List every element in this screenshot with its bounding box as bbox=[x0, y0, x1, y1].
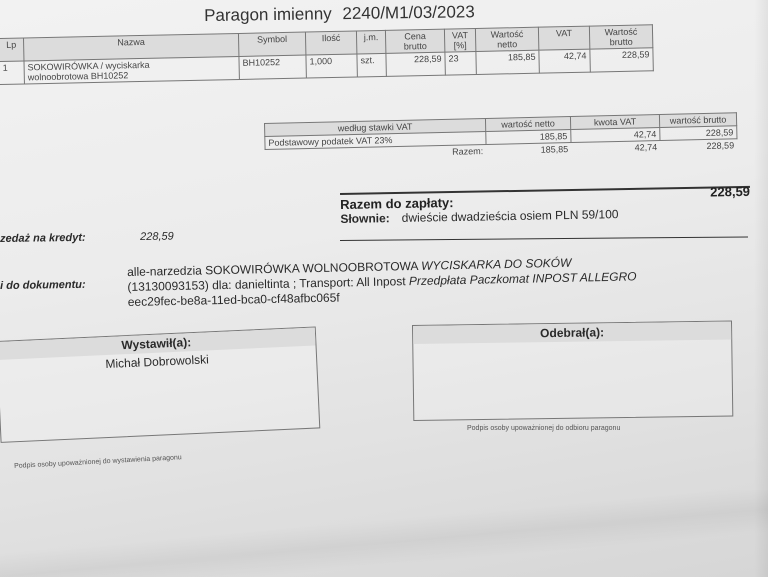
credit-sale: zedaż na kredyt: 228,59 bbox=[0, 232, 86, 245]
words-value: dwieście dwadzieścia osiem PLN 59/100 bbox=[402, 207, 619, 225]
cell-vat-rate: 23 bbox=[445, 51, 476, 75]
receipt-paper: Paragon imienny 2240/M1/03/2023 Lp Nazwa… bbox=[0, 0, 768, 577]
col-vat-rate-l1: VAT bbox=[448, 30, 472, 41]
col-net-value-l2: netto bbox=[479, 39, 535, 50]
cell-unit: szt. bbox=[357, 53, 386, 77]
col-gross-value: Wartość brutto bbox=[589, 25, 652, 49]
paper-edge-shadow bbox=[754, 0, 768, 577]
cell-vat: 42,74 bbox=[539, 49, 590, 73]
col-price-gross: Cena brutto bbox=[385, 29, 444, 53]
paper-fold-shadow bbox=[0, 490, 768, 577]
payment-section: Razem do zapłaty: 228,59 Słownie:dwieści… bbox=[340, 190, 750, 226]
receiver-box: Odebrał(a): bbox=[412, 321, 733, 421]
document-notes: alle-narzedzia SOKOWIRÓWKA WOLNOOBROTOWA… bbox=[127, 252, 758, 310]
receiver-caption: Podpis osoby upoważnionej do odbioru par… bbox=[467, 425, 620, 432]
cell-gross-value: 228,59 bbox=[590, 48, 653, 72]
document-number: 2240/M1/03/2023 bbox=[342, 2, 475, 23]
cell-symbol: BH10252 bbox=[239, 55, 306, 79]
cell-name: SOKOWIRÓWKA / wyciskarka wolnoobrotowa B… bbox=[24, 56, 239, 83]
credit-label: zedaż na kredyt: bbox=[0, 232, 86, 245]
document-title: Paragon imienny 2240/M1/03/2023 bbox=[204, 2, 475, 26]
col-vat-rate: VAT [%] bbox=[444, 28, 475, 52]
cell-price-gross: 228,59 bbox=[386, 52, 445, 76]
total-vat: 42,74 bbox=[571, 141, 660, 156]
col-gross-value-l2: brutto bbox=[593, 36, 649, 47]
issuer-box: Wystawił(a): Michał Dobrowolski bbox=[0, 326, 320, 442]
cell-net-value: 185,85 bbox=[476, 50, 539, 74]
vat-summary-table: według stawki VAT wartość netto kwota VA… bbox=[264, 112, 738, 162]
col-net-value: Wartość netto bbox=[475, 27, 538, 51]
cell-lp: 1 bbox=[0, 61, 24, 85]
col-lp: Lp bbox=[0, 38, 24, 62]
col-unit: j.m. bbox=[356, 30, 385, 54]
col-symbol: Symbol bbox=[238, 32, 305, 56]
col-vat-rate-l2: [%] bbox=[448, 40, 472, 51]
total-gross: 228,59 bbox=[660, 139, 737, 153]
notes-label: i do dokumentu: bbox=[0, 279, 86, 292]
words-label: Słownie: bbox=[340, 211, 390, 226]
document-title-label: Paragon imienny bbox=[204, 4, 332, 25]
issuer-caption: Podpis osoby upoważnionej do wystawienia… bbox=[14, 454, 182, 470]
receiver-heading: Odebrał(a): bbox=[413, 322, 731, 344]
total-net: 185,85 bbox=[486, 143, 571, 157]
col-price-gross-l2: brutto bbox=[389, 41, 441, 52]
col-qty: Ilość bbox=[305, 31, 356, 55]
divider-bottom bbox=[340, 236, 748, 241]
payment-amount: 228,59 bbox=[710, 184, 750, 200]
cell-qty: 1,000 bbox=[306, 54, 357, 78]
col-vat: VAT bbox=[538, 26, 589, 50]
items-table: Lp Nazwa Symbol Ilość j.m. Cena brutto V… bbox=[0, 24, 654, 85]
credit-value: 228,59 bbox=[140, 231, 174, 243]
